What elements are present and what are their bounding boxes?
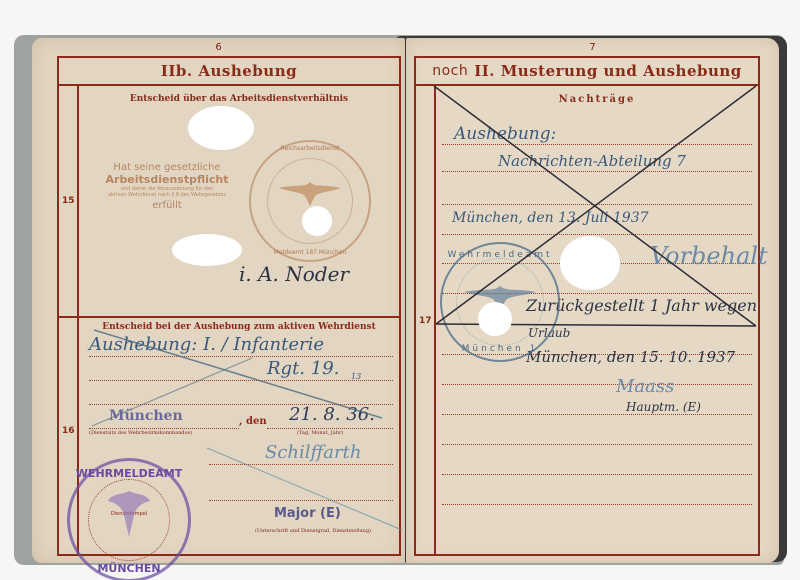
- nachtrag-entry: Aushebung:: [454, 124, 556, 144]
- rank-stamp: Major (E): [274, 506, 341, 521]
- page-title: IIb. Aushebung: [59, 58, 399, 86]
- header-prefix: noch: [432, 63, 468, 79]
- stamp-text: München 1: [442, 344, 558, 354]
- den-label: , den: [239, 416, 267, 427]
- dotted-line: [209, 500, 393, 501]
- printed-line: Arbeitsdienstpflicht: [87, 173, 247, 186]
- signature-maass: Maass: [616, 376, 674, 397]
- section-divider: [59, 316, 399, 318]
- dotted-line: [89, 380, 393, 381]
- signature-vorbehalt: Vorbehalt: [650, 242, 768, 270]
- dotted-line: [442, 444, 752, 445]
- signature-schilffarth: Schilffarth: [265, 442, 361, 463]
- wehrmeldeamt-stamp: WEHRMELDEAMT Dienststempel MÜNCHEN: [67, 458, 191, 580]
- row-number-17: 17: [419, 316, 432, 326]
- page-title-text: II. Musterung und Aushebung: [474, 62, 742, 80]
- dotted-line: [442, 204, 752, 205]
- rank-hauptmann: Hauptm. (E): [626, 400, 701, 414]
- dotted-line: [89, 428, 239, 429]
- signature-caption: (Unterschrift und Dienstgrad, Dienststel…: [255, 528, 371, 534]
- eagle-icon: [104, 487, 154, 547]
- dotted-line: [442, 474, 752, 475]
- dotted-line: [267, 428, 393, 429]
- punched-hole: [172, 234, 242, 266]
- page-title-text: IIb. Aushebung: [161, 62, 297, 80]
- arbeitsdienst-printed-stamp: Hat seine gesetzliche Arbeitsdienstpflic…: [87, 162, 247, 211]
- stamp-text: Meldeamt 187 München: [251, 249, 369, 256]
- number-column-divider: [434, 86, 436, 554]
- dotted-line: [442, 234, 752, 235]
- nachtrag-entry: München, den 13. Juli 1937: [452, 210, 649, 226]
- stamp-text: Wehrmeldeamt: [442, 250, 558, 260]
- page-number: 7: [406, 42, 779, 53]
- page-number: 6: [32, 42, 405, 53]
- dotted-line: [209, 464, 393, 465]
- form-frame: noch II. Musterung und Aushebung Nachträ…: [414, 56, 760, 556]
- punched-hole: [188, 106, 254, 150]
- stamp-text: WEHRMELDEAMT: [70, 467, 188, 480]
- dotted-line: [442, 384, 752, 385]
- date-caption: (Tag, Monat, Jahr): [297, 430, 343, 436]
- punched-hole: [560, 236, 620, 290]
- left-page: 6 IIb. Aushebung Entscheid über das Arbe…: [32, 38, 405, 563]
- punched-hole: [478, 302, 512, 336]
- section-15-subtitle: Entscheid über das Arbeitsdienstverhältn…: [79, 94, 399, 104]
- printed-line: Hat seine gesetzliche: [87, 162, 247, 173]
- dotted-line: [442, 504, 752, 505]
- handwritten-regiment: Rgt. 19.: [267, 358, 339, 379]
- dotted-line: [442, 414, 752, 415]
- row-number-16: 16: [62, 426, 75, 436]
- nachtrag-entry: Zurückgestellt 1 Jahr wegen: [526, 296, 757, 315]
- nachtrag-entry: Nachrichten-Abteilung 7: [498, 152, 686, 170]
- nachtraege-subtitle: Nachträge: [436, 94, 758, 105]
- eagle-icon: [275, 178, 345, 208]
- handwritten-aushebung: Aushebung: I. / Infanterie: [89, 334, 324, 355]
- dotted-line: [442, 144, 752, 145]
- place-caption: (Dienstsitz des Wehrbezirkskommandos): [89, 430, 192, 436]
- row-number-15: 15: [62, 196, 75, 206]
- dotted-line: [442, 171, 752, 172]
- handwritten-date: 21. 8. 36.: [289, 404, 375, 425]
- right-page: 7 noch II. Musterung und Aushebung Nacht…: [406, 38, 779, 563]
- dotted-line: [89, 356, 393, 357]
- printed-line: erfüllt: [87, 200, 247, 211]
- rad-round-stamp: Reichsarbeitsdienst Meldeamt 187 München: [249, 140, 371, 262]
- section-16-subtitle: Entscheid bei der Aushebung zum aktiven …: [79, 322, 399, 332]
- place-stamp: München: [109, 408, 183, 424]
- signature-noder: i. A. Noder: [239, 262, 349, 286]
- punched-hole: [302, 206, 332, 236]
- page-title: noch II. Musterung und Aushebung: [416, 58, 758, 86]
- stamp-text: MÜNCHEN: [70, 562, 188, 575]
- stamp-text: Reichsarbeitsdienst: [251, 145, 369, 152]
- printed-line: aktiven Wehrdienst nach § 8 des Wehrgese…: [87, 192, 247, 198]
